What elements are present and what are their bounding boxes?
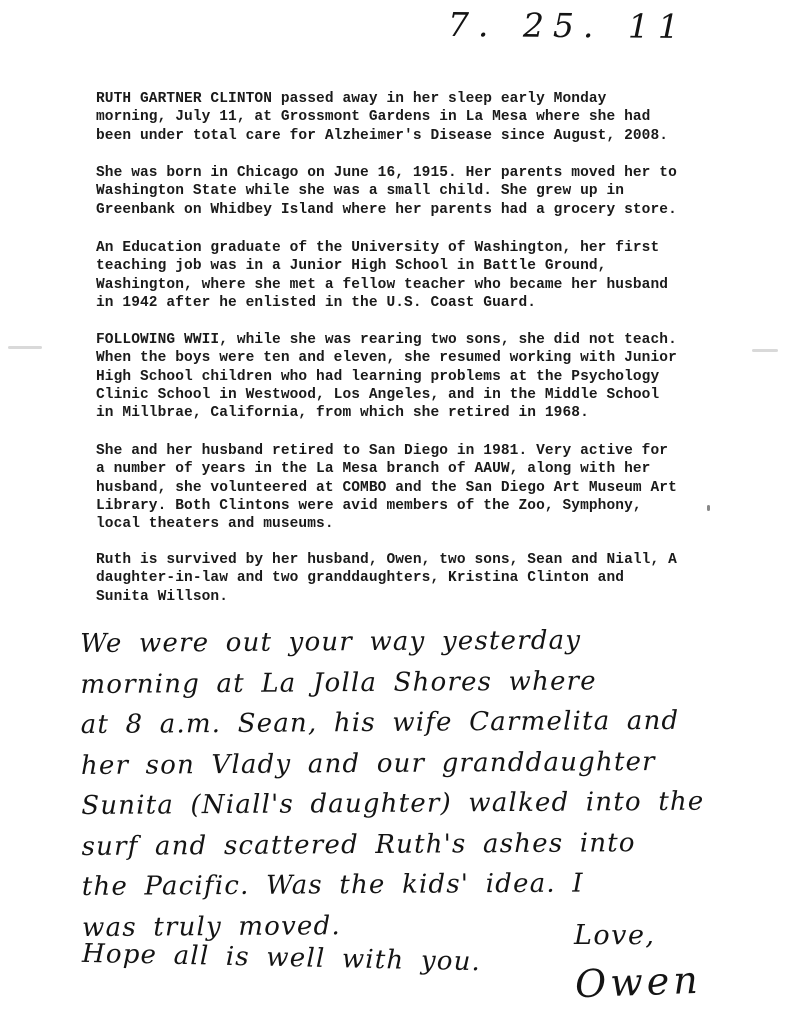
obituary-paragraph-3: An Education graduate of the University … — [96, 239, 668, 312]
handwritten-signature: Owen — [574, 958, 702, 1006]
scan-artifact-stray-mark — [707, 505, 710, 511]
handwritten-date: 7. 25. 11 — [448, 5, 688, 46]
obituary-paragraph-4: FOLLOWING WWII, while she was rearing tw… — [96, 331, 677, 422]
handwritten-note: We were out your way yesterday morning a… — [80, 620, 705, 948]
obituary-paragraph-1: RUTH GARTNER CLINTON passed away in her … — [96, 90, 668, 145]
obituary-paragraph-2: She was born in Chicago on June 16, 1915… — [96, 164, 677, 219]
scan-artifact-left-margin — [8, 346, 42, 349]
scan-artifact-right-margin — [752, 349, 778, 352]
handwritten-valediction: Love, — [574, 920, 656, 951]
obituary-paragraph-6: Ruth is survived by her husband, Owen, t… — [96, 551, 677, 606]
scanned-letter-page: 7. 25. 11 RUTH GARTNER CLINTON passed aw… — [0, 0, 800, 1035]
obituary-paragraph-5: She and her husband retired to San Diego… — [96, 442, 677, 533]
